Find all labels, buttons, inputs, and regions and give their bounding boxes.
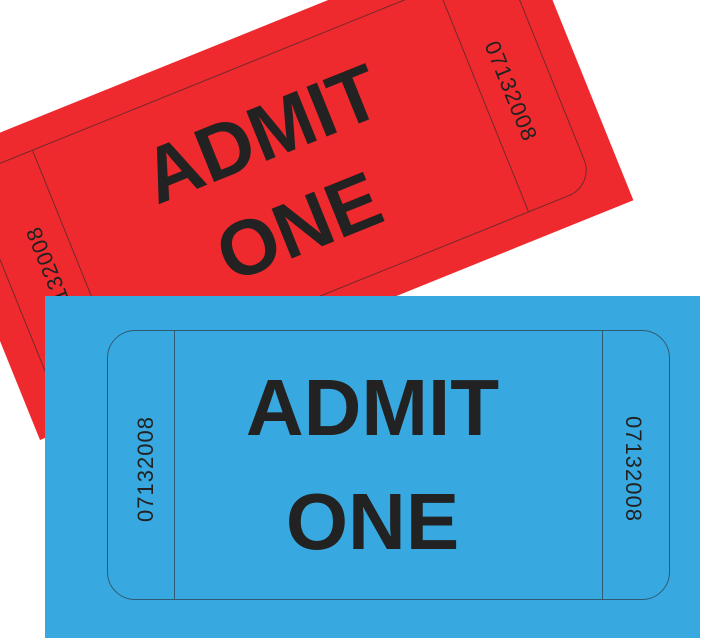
blue-serial-left: 07132008 (133, 416, 159, 522)
blue-ticket-right-divider (602, 331, 603, 599)
blue-admit-text: ADMIT (175, 368, 570, 448)
blue-ticket: ADMIT ONE 07132008 07132008 (45, 296, 700, 638)
blue-serial-right: 07132008 (620, 416, 646, 522)
blue-one-text: ONE (175, 482, 570, 562)
